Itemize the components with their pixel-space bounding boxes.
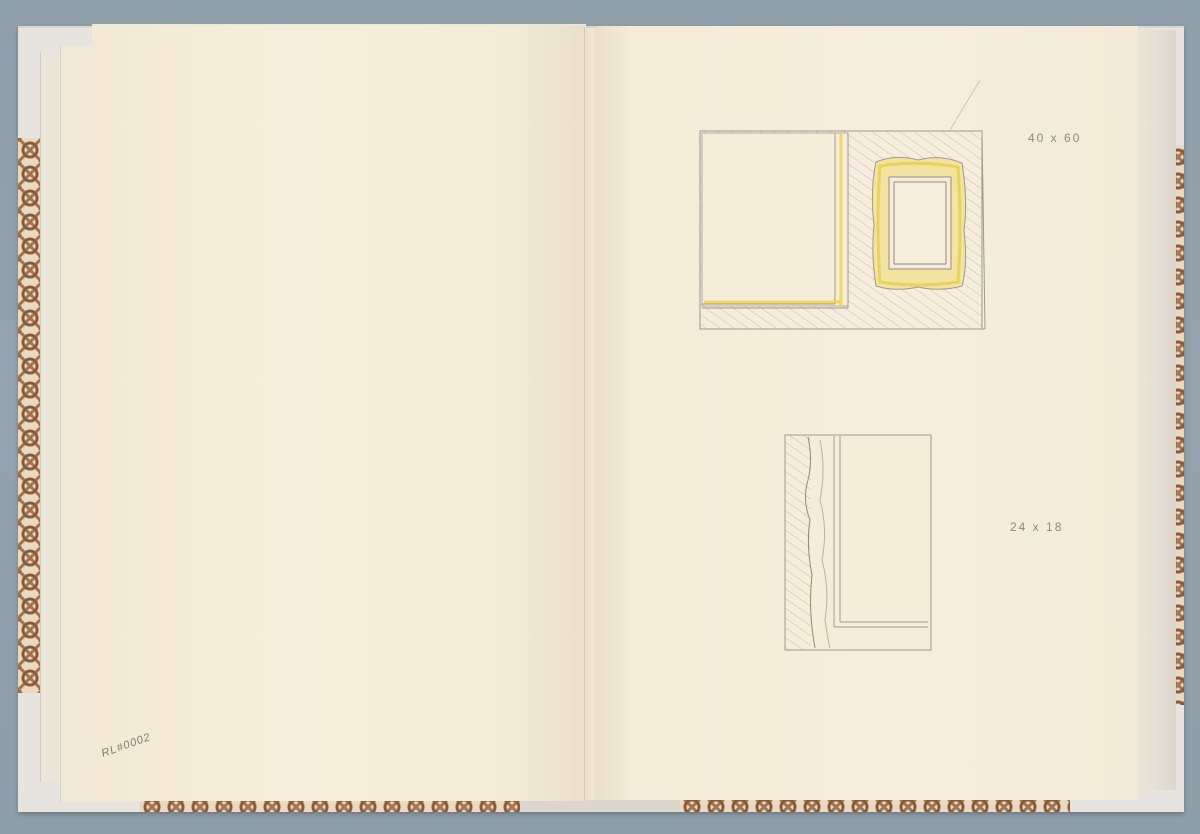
sketch-top-size-label: 40 x 60 — [1028, 131, 1081, 145]
sketch-top — [700, 80, 985, 329]
sketch-bottom — [785, 435, 931, 650]
sketch-bottom-size-label: 24 x 18 — [1010, 520, 1063, 534]
sketch-drawings — [0, 0, 1200, 834]
